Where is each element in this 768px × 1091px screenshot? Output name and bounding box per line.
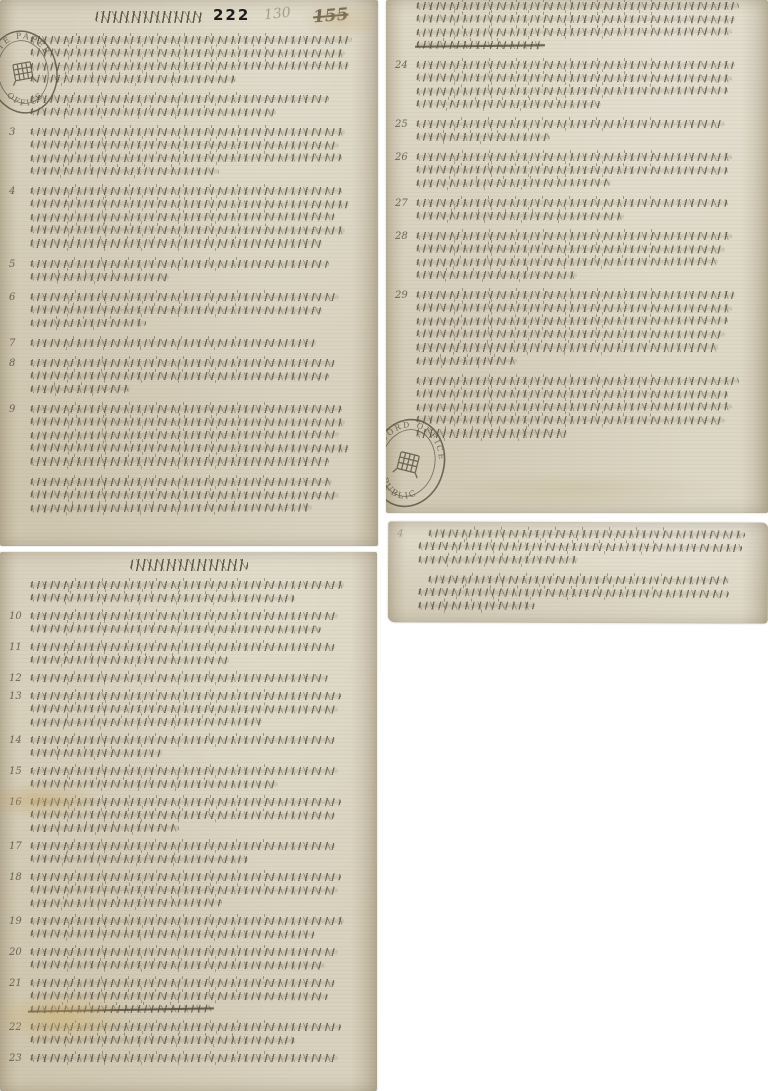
manuscript-paragraph <box>388 575 768 615</box>
manuscript-paragraph: 22 <box>0 1023 377 1049</box>
handwriting-line <box>30 212 335 221</box>
handwriting-line <box>416 61 735 69</box>
page-heading-row <box>0 552 377 575</box>
handwriting-line <box>416 199 728 207</box>
handwriting-line <box>30 49 345 58</box>
handwriting-line <box>30 61 349 70</box>
handwriting-line <box>30 319 146 327</box>
handwriting-line <box>30 128 345 136</box>
margin-item-number <box>0 95 30 121</box>
manuscript-text-top-right: 242526272829 <box>386 0 768 443</box>
manuscript-paragraph: 25 <box>386 120 768 146</box>
manuscript-paragraph <box>0 36 378 88</box>
handwriting-line <box>30 457 329 466</box>
handwriting-line <box>30 917 344 925</box>
handwriting-line <box>30 625 321 634</box>
scanned-manuscript: 222 130 155 3456789 STATE PAPER OFFICE <box>0 0 768 1091</box>
handwriting-lines <box>416 377 768 443</box>
handwriting-lines <box>418 529 768 569</box>
folio-numbers: 222 130 155 <box>213 6 349 26</box>
margin-item-number: 25 <box>386 120 416 146</box>
margin-item-number: 6 <box>0 293 30 332</box>
handwriting-lines <box>30 767 377 793</box>
margin-item-number <box>0 478 30 517</box>
handwriting-line <box>30 153 342 162</box>
handwriting-line <box>416 304 732 313</box>
handwriting-line <box>30 108 276 117</box>
manuscript-page-top-right: 242526272829 RECORD OFFICE PUBLIC <box>386 0 768 513</box>
manuscript-fragment-bottom-right: 4 <box>388 521 768 623</box>
margin-item-number <box>388 575 418 614</box>
handwriting-line <box>416 166 728 175</box>
margin-item-number: 5 <box>0 260 30 286</box>
manuscript-paragraph: 7 <box>0 339 378 352</box>
handwriting-lines <box>30 260 378 286</box>
handwriting-line <box>30 674 328 682</box>
handwriting-lines <box>30 581 377 607</box>
manuscript-paragraph <box>386 2 768 54</box>
handwriting-lines <box>30 873 377 912</box>
handwriting-lines <box>30 128 378 180</box>
handwriting-line <box>30 306 322 315</box>
handwriting-line <box>416 402 732 411</box>
handwriting-line <box>30 594 295 603</box>
handwriting-line <box>30 842 335 850</box>
paper-stain <box>426 470 726 510</box>
handwriting-line <box>428 529 745 538</box>
margin-item-number: 9 <box>0 405 30 471</box>
handwriting-line <box>416 153 732 161</box>
handwriting-lines <box>30 293 378 332</box>
handwriting-line <box>30 141 339 150</box>
handwriting-lines <box>416 120 768 146</box>
handwriting-line <box>416 2 739 10</box>
handwriting-line <box>416 100 601 109</box>
manuscript-paragraph: 17 <box>0 842 377 868</box>
manuscript-paragraph <box>386 377 768 443</box>
handwriting-line <box>416 212 624 221</box>
margin-item-number: 18 <box>0 873 30 912</box>
handwriting-line <box>30 503 312 512</box>
margin-item-number: 16 <box>0 798 30 837</box>
handwriting-line <box>30 273 169 281</box>
handwriting-line <box>30 767 338 775</box>
handwriting-line <box>416 133 550 141</box>
handwriting-lines <box>30 842 377 868</box>
handwriting-lines <box>30 405 378 471</box>
handwriting-line <box>30 491 339 500</box>
handwriting-lines <box>30 643 377 669</box>
handwriting-lines <box>30 1054 377 1067</box>
margin-item-number: 3 <box>0 128 30 180</box>
handwriting-line <box>30 405 342 413</box>
handwriting-lines <box>416 153 768 192</box>
handwriting-line <box>416 390 728 399</box>
handwriting-line <box>30 899 222 908</box>
margin-item-number: 13 <box>0 692 30 731</box>
folio-number-struck-out: 155 <box>312 4 349 27</box>
manuscript-paragraph <box>0 478 378 517</box>
manuscript-paragraph: 21 <box>0 979 377 1018</box>
handwriting-line <box>30 1054 338 1062</box>
page-heading-row: 222 130 155 <box>0 0 378 30</box>
handwriting-line <box>416 429 567 438</box>
margin-item-number: 11 <box>0 643 30 669</box>
handwriting-lines <box>30 674 377 687</box>
margin-item-number: 17 <box>0 842 30 868</box>
manuscript-page-bottom-left: 1011121314151617181920212223 <box>0 552 377 1091</box>
handwriting-line <box>30 1036 295 1045</box>
svg-text:PUBLIC: PUBLIC <box>386 475 423 506</box>
handwriting-lines <box>30 612 377 638</box>
handwriting-line <box>416 316 728 325</box>
handwriting-lines <box>30 798 377 837</box>
manuscript-paragraph: 14 <box>0 736 377 762</box>
handwriting-line <box>416 27 732 36</box>
handwriting-line <box>30 430 339 439</box>
handwriting-line <box>30 418 345 427</box>
manuscript-paragraph: 5 <box>0 260 378 286</box>
handwriting-line <box>416 343 718 352</box>
margin-item-number: 28 <box>386 232 416 284</box>
handwriting-lines <box>416 199 768 225</box>
manuscript-page-top-left: 222 130 155 3456789 STATE PAPER OFFICE <box>0 0 378 546</box>
handwriting-lines <box>30 1023 377 1049</box>
handwriting-lines <box>30 339 378 352</box>
handwriting-line <box>30 705 338 714</box>
margin-item-number <box>386 2 416 54</box>
handwritten-section-heading <box>130 559 248 571</box>
handwriting-line <box>30 855 248 864</box>
margin-item-number: 4 <box>388 529 418 568</box>
manuscript-paragraph: 20 <box>0 948 377 974</box>
margin-item-number: 24 <box>386 61 416 113</box>
handwriting-lines <box>30 979 377 1018</box>
handwriting-line <box>30 339 316 347</box>
manuscript-paragraph: 8 <box>0 359 378 398</box>
handwriting-lines <box>418 575 768 615</box>
handwriting-line <box>416 74 732 83</box>
handwriting-line <box>416 271 577 280</box>
margin-item-number: 23 <box>0 1054 30 1067</box>
handwriting-line <box>30 372 329 381</box>
handwriting-line <box>416 377 739 385</box>
handwriting-line <box>416 86 728 95</box>
handwriting-lines <box>416 232 768 284</box>
handwriting-line <box>30 1005 212 1014</box>
manuscript-paragraph: 6 <box>0 293 378 332</box>
handwriting-lines <box>30 948 377 974</box>
manuscript-paragraph: 11 <box>0 643 377 669</box>
handwriting-line <box>418 602 535 610</box>
handwriting-line <box>30 239 322 248</box>
folio-number-faint: 130 <box>264 5 292 24</box>
handwriting-lines <box>30 95 378 121</box>
handwriting-line <box>30 478 332 486</box>
handwriting-lines <box>30 359 378 398</box>
handwriting-line <box>428 575 729 584</box>
manuscript-paragraph: 3 <box>0 128 378 180</box>
handwriting-line <box>30 643 335 651</box>
handwriting-lines <box>30 917 377 943</box>
manuscript-paragraph: 13 <box>0 692 377 731</box>
handwriting-line <box>30 736 335 744</box>
margin-item-number: 29 <box>386 291 416 370</box>
margin-item-number: 20 <box>0 948 30 974</box>
handwriting-line <box>418 542 742 552</box>
manuscript-text-bottom-left: 1011121314151617181920212223 <box>0 575 377 1067</box>
manuscript-paragraph: 15 <box>0 767 377 793</box>
handwriting-line <box>30 780 278 789</box>
manuscript-paragraph: 29 <box>386 291 768 370</box>
margin-item-number: 8 <box>0 359 30 398</box>
handwriting-line <box>416 257 718 266</box>
handwriting-line <box>30 359 335 367</box>
margin-item-number: 19 <box>0 917 30 943</box>
manuscript-paragraph: 23 <box>0 1054 377 1067</box>
handwriting-line <box>416 41 544 49</box>
handwriting-lines <box>30 36 378 88</box>
handwriting-line <box>30 226 345 235</box>
manuscript-paragraph: 19 <box>0 917 377 943</box>
handwriting-lines <box>416 291 768 370</box>
margin-item-number <box>386 377 416 443</box>
margin-item-number: 12 <box>0 674 30 687</box>
margin-item-number: 22 <box>0 1023 30 1049</box>
handwriting-line <box>30 979 335 987</box>
handwriting-line <box>30 811 335 820</box>
margin-item-number: 14 <box>0 736 30 762</box>
manuscript-paragraph: 9 <box>0 405 378 471</box>
margin-item-number <box>0 36 30 88</box>
margin-item-number: 4 <box>0 187 30 253</box>
handwriting-line <box>30 873 341 881</box>
manuscript-paragraph: 28 <box>386 232 768 284</box>
margin-item-number: 7 <box>0 339 30 352</box>
margin-item-number: 27 <box>386 199 416 225</box>
handwriting-line <box>416 232 732 240</box>
handwriting-line <box>30 293 339 301</box>
manuscript-paragraph <box>0 581 377 607</box>
handwriting-line <box>416 330 725 339</box>
handwriting-line <box>416 179 611 188</box>
handwriting-line <box>30 581 344 589</box>
handwriting-line <box>30 36 352 44</box>
manuscript-paragraph: 16 <box>0 798 377 837</box>
handwriting-line <box>30 385 130 393</box>
handwriting-line <box>416 245 725 254</box>
manuscript-paragraph: 4 <box>388 529 768 569</box>
manuscript-text-top-left: 3456789 <box>0 30 378 517</box>
handwriting-line <box>30 187 342 195</box>
handwriting-line <box>30 95 329 103</box>
handwriting-line <box>416 291 735 299</box>
handwriting-line <box>30 692 341 700</box>
handwriting-line <box>30 798 341 806</box>
handwriting-line <box>30 930 315 939</box>
handwriting-line <box>418 556 578 564</box>
handwriting-line <box>30 75 236 84</box>
portcullis-crest-icon <box>393 451 423 478</box>
handwriting-line <box>30 167 219 176</box>
handwriting-lines <box>416 61 768 113</box>
handwritten-title <box>95 11 203 23</box>
handwriting-line <box>30 199 349 208</box>
margin-item-number <box>0 581 30 607</box>
handwriting-lines <box>30 478 378 517</box>
handwriting-line <box>30 886 338 895</box>
handwriting-line <box>30 260 329 268</box>
manuscript-paragraph <box>0 95 378 121</box>
manuscript-paragraph: 27 <box>386 199 768 225</box>
handwriting-lines <box>30 692 377 731</box>
handwriting-line <box>30 992 328 1001</box>
margin-item-number: 26 <box>386 153 416 192</box>
handwriting-lines <box>416 2 768 54</box>
handwriting-line <box>418 588 729 598</box>
margin-item-number: 10 <box>0 612 30 638</box>
handwriting-line <box>30 612 338 620</box>
handwriting-line <box>30 948 338 956</box>
margin-item-number: 21 <box>0 979 30 1018</box>
folio-number-stamped: 222 <box>213 6 250 24</box>
handwriting-line <box>30 656 229 665</box>
manuscript-paragraph: 10 <box>0 612 377 638</box>
handwriting-lines <box>30 736 377 762</box>
handwriting-line <box>416 14 735 23</box>
manuscript-paragraph: 4 <box>0 187 378 253</box>
handwriting-line <box>416 416 725 425</box>
handwriting-line <box>30 718 262 727</box>
handwriting-line <box>30 443 349 452</box>
handwriting-line <box>416 357 517 365</box>
manuscript-paragraph: 18 <box>0 873 377 912</box>
handwriting-line <box>30 1023 341 1031</box>
margin-item-number: 15 <box>0 767 30 793</box>
manuscript-paragraph: 24 <box>386 61 768 113</box>
manuscript-paragraph: 12 <box>0 674 377 687</box>
manuscript-paragraph: 26 <box>386 153 768 192</box>
manuscript-text-fragment: 4 <box>388 521 768 615</box>
stamp-text-bottom: PUBLIC <box>386 475 423 506</box>
handwriting-line <box>30 824 179 833</box>
handwriting-line <box>30 961 325 970</box>
handwriting-line <box>30 749 162 757</box>
handwriting-line <box>416 120 725 128</box>
handwriting-lines <box>30 187 378 253</box>
